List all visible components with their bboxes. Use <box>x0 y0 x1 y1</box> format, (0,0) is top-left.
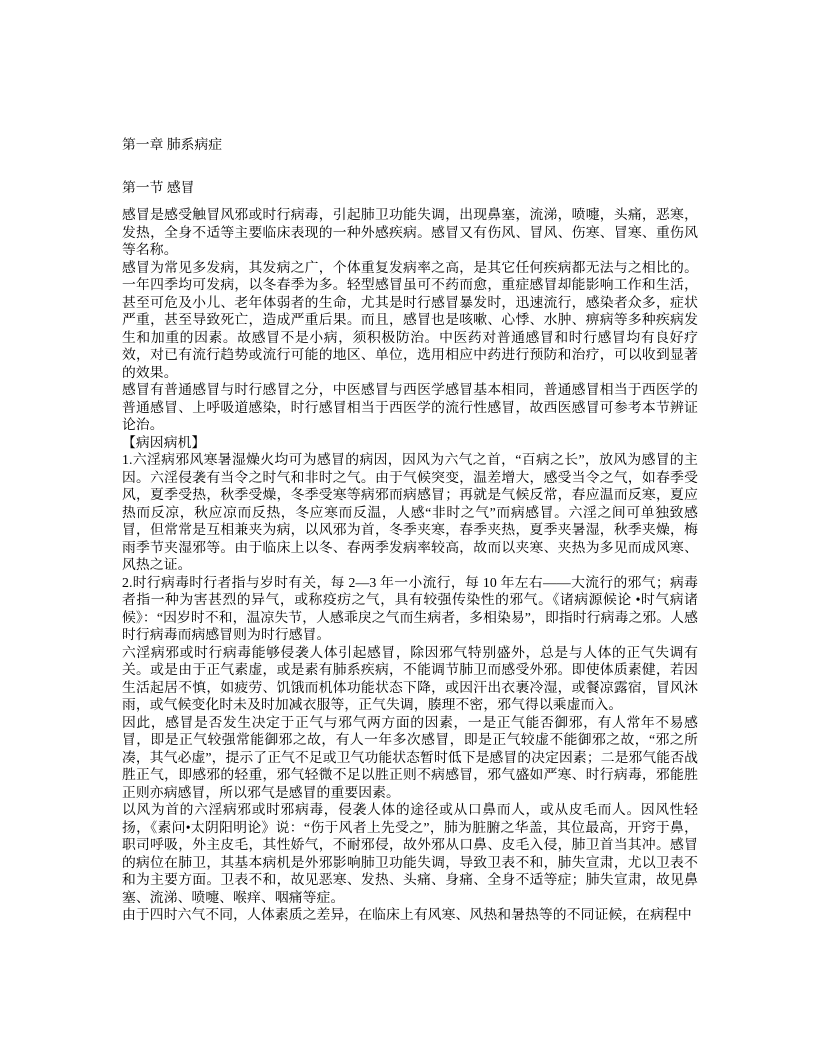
paragraph-pathway-lungwei: 以风为首的六淫病邪或时邪病毒，侵袭人体的途径或从口鼻而人，或从皮毛而人。因风性轻… <box>122 801 698 906</box>
section-title: 第一节 感冒 <box>122 179 698 197</box>
document-page: 第一章 肺系病症 第一节 感冒 感冒是感受触冒风邪或时行病毒，引起肺卫功能失调，… <box>122 136 698 924</box>
paragraph-six-excesses: 1.六淫病邪风寒暑湿燥火均可为感冒的病因，因风为六气之首，“百病之长”，放风为感… <box>122 451 698 574</box>
paragraph-zhengqi-imbalance: 六淫病邪或时行病毒能够侵袭人体引起感冒，除因邪气特别盛外，总是与人体的正气失调有… <box>122 644 698 714</box>
paragraph-epidemic-toxin: 2.时行病毒时行者指与岁时有关，每 2—3 年一小流行，每 10 年左右——大流… <box>122 574 698 644</box>
body-text: 感冒是感受触冒风邪或时行病毒，引起肺卫功能失调，出现鼻塞，流涕，喷嚏，头痛，恶寒… <box>122 206 698 924</box>
paragraph-prevalence: 感冒为常见多发病，其发病之广，个体重复发病率之高，是其它任何疾病都无法与之相比的… <box>122 259 698 382</box>
paragraph-zhengqi-vs-xieqi: 因此，感冒是否发生决定于正气与邪气两方面的因素，一是正气能否御邪，有人常年不易感… <box>122 714 698 802</box>
chapter-title: 第一章 肺系病症 <box>122 136 698 154</box>
paragraph-seasonal-patterns: 由于四时六气不同，人体素质之差异，在临床上有风寒、风热和暑热等的不同证候，在病程… <box>122 906 698 924</box>
paragraph-western-comparison: 感冒有普通感冒与时行感冒之分，中医感冒与西医学感冒基本相同，普通感冒相当于西医学… <box>122 381 698 434</box>
paragraph-intro: 感冒是感受触冒风邪或时行病毒，引起肺卫功能失调，出现鼻塞，流涕，喷嚏，头痛，恶寒… <box>122 206 698 259</box>
heading-etiology-pathogenesis: 【病因病机】 <box>122 434 698 452</box>
